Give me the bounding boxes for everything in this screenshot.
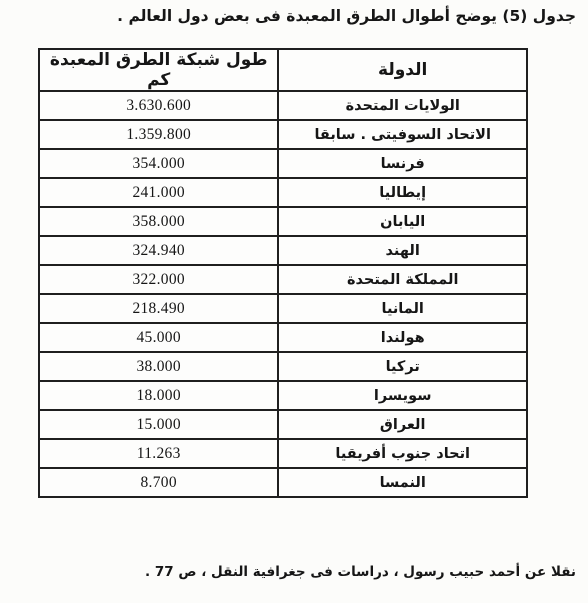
length-cell: 15.000	[39, 410, 278, 439]
country-cell: المانيا	[278, 294, 527, 323]
length-cell: 45.000	[39, 323, 278, 352]
length-cell: 218.490	[39, 294, 278, 323]
table-row: الهند324.940	[39, 236, 527, 265]
table-caption: جدول (5) يوضح أطوال الطرق المعبدة فى بعض…	[100, 7, 576, 25]
country-cell: الاتحاد السوفيتى . سابقا	[278, 120, 527, 149]
length-cell: 1.359.800	[39, 120, 278, 149]
table-row: فرنسا354.000	[39, 149, 527, 178]
country-cell: إيطاليا	[278, 178, 527, 207]
table-row: العراق15.000	[39, 410, 527, 439]
table-row: الاتحاد السوفيتى . سابقا1.359.800	[39, 120, 527, 149]
table-row: المانيا218.490	[39, 294, 527, 323]
country-cell: اتحاد جنوب أفريقيا	[278, 439, 527, 468]
length-cell: 3.630.600	[39, 91, 278, 120]
length-cell: 38.000	[39, 352, 278, 381]
table-body: الولايات المتحدة3.630.600الاتحاد السوفيت…	[39, 91, 527, 497]
table-row: النمسا8.700	[39, 468, 527, 497]
length-cell: 354.000	[39, 149, 278, 178]
country-cell: اليابان	[278, 207, 527, 236]
length-cell: 241.000	[39, 178, 278, 207]
source-note: نقلا عن أحمد حبيب رسول ، دراسات فى جغراف…	[80, 564, 576, 580]
column-header-country: الدولة	[278, 49, 527, 91]
table-row: هولندا45.000	[39, 323, 527, 352]
column-header-length: طول شبكة الطرق المعبدة كم	[39, 49, 278, 91]
table-row: اليابان358.000	[39, 207, 527, 236]
length-cell: 358.000	[39, 207, 278, 236]
country-cell: المملكة المتحدة	[278, 265, 527, 294]
country-cell: تركيا	[278, 352, 527, 381]
table-row: المملكة المتحدة322.000	[39, 265, 527, 294]
table-row: سويسرا18.000	[39, 381, 527, 410]
length-cell: 8.700	[39, 468, 278, 497]
length-cell: 324.940	[39, 236, 278, 265]
table-row: تركيا38.000	[39, 352, 527, 381]
length-cell: 11.263	[39, 439, 278, 468]
table-header: الدولة طول شبكة الطرق المعبدة كم	[39, 49, 527, 91]
country-cell: فرنسا	[278, 149, 527, 178]
country-cell: الهند	[278, 236, 527, 265]
length-cell: 18.000	[39, 381, 278, 410]
country-cell: الولايات المتحدة	[278, 91, 527, 120]
country-cell: سويسرا	[278, 381, 527, 410]
country-cell: العراق	[278, 410, 527, 439]
table-row: الولايات المتحدة3.630.600	[39, 91, 527, 120]
header-row: الدولة طول شبكة الطرق المعبدة كم	[39, 49, 527, 91]
road-lengths-table: الدولة طول شبكة الطرق المعبدة كم الولايا…	[38, 48, 528, 498]
country-cell: النمسا	[278, 468, 527, 497]
length-cell: 322.000	[39, 265, 278, 294]
table-row: إيطاليا241.000	[39, 178, 527, 207]
table-row: اتحاد جنوب أفريقيا11.263	[39, 439, 527, 468]
country-cell: هولندا	[278, 323, 527, 352]
